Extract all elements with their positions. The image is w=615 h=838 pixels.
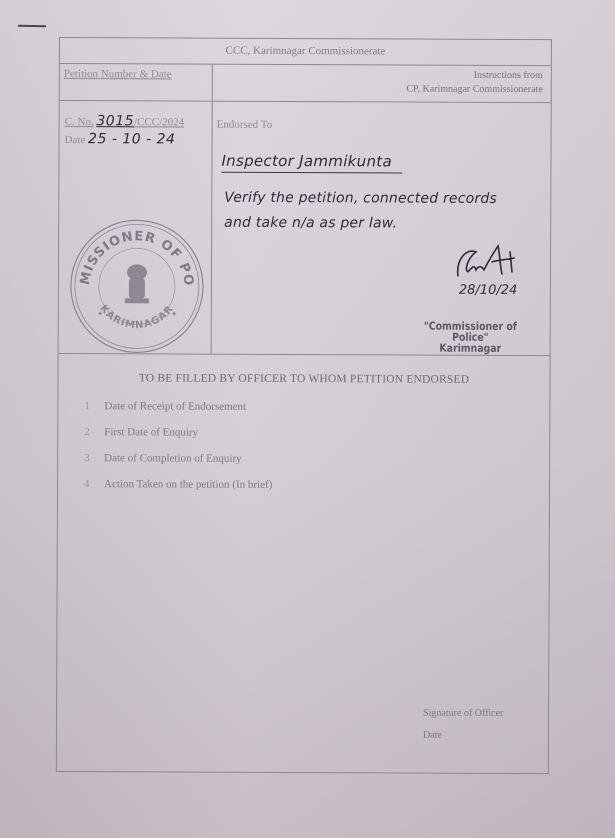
- column-divider: [211, 64, 213, 354]
- item-label: Date of Receipt of Endorsement: [104, 400, 246, 413]
- item-number: 2: [84, 426, 104, 438]
- form-title: CCC, Karimnagar Commissionerate: [60, 38, 551, 66]
- date-label: Date: [65, 134, 86, 146]
- petition-number-header: Petition Number & Date: [64, 68, 172, 80]
- signature-mark: [454, 242, 524, 282]
- instruction-line-1: Verify the petition, connected records: [224, 190, 497, 207]
- signature-date: 28/10/24: [459, 283, 517, 298]
- commissioner-stamp: "Commissioner of Police" Karimnagar: [412, 321, 529, 355]
- pen-mark: [18, 25, 46, 27]
- case-number-value: 3015: [96, 113, 134, 129]
- svg-text:✦: ✦: [171, 309, 178, 318]
- officer-signature-label: Signature of Officer: [423, 708, 503, 719]
- endorsed-to-value: Inspector Jammikunta: [221, 152, 402, 174]
- instruction-line-2: and take n/a as per law.: [224, 215, 397, 232]
- police-seal: COMMISSIONER OF POLICE KARIMNAGAR ✦ ✦: [67, 216, 208, 357]
- officer-item: 3Date of Completion of Enquiry: [84, 452, 272, 479]
- petition-endorsement-form: CCC, Karimnagar Commissionerate Petition…: [56, 37, 552, 774]
- commissioner-stamp-line1: "Commissioner of Police": [412, 321, 529, 344]
- item-number: 3: [84, 452, 104, 464]
- case-number-suffix: /CCC/2024: [134, 116, 184, 128]
- officer-item: 2First Date of Enquiry: [84, 426, 272, 453]
- commissioner-stamp-line2: Karimnagar: [412, 343, 529, 355]
- officer-item: 1Date of Receipt of Endorsement: [84, 400, 272, 427]
- item-label: Action Taken on the petition (In brief): [104, 478, 272, 491]
- instructions-header-line1: Instructions from: [406, 69, 542, 84]
- officer-item: 4Action Taken on the petition (In brief): [84, 478, 272, 505]
- date-value: 25 - 10 - 24: [88, 131, 175, 147]
- instructions-header-line2: CP, Karimnagar Commissionerate: [406, 83, 542, 98]
- instructions-header: Instructions from CP, Karimnagar Commiss…: [406, 69, 542, 98]
- petition-date: Date 25 - 10 - 24: [65, 131, 176, 147]
- endorsed-to-label: Endorsed To: [217, 119, 273, 131]
- officer-date-label: Date: [423, 730, 442, 741]
- item-number: 1: [84, 400, 104, 412]
- officer-section-heading: TO BE FILLED BY OFFICER TO WHOM PETITION…: [58, 372, 549, 386]
- item-number: 4: [84, 478, 104, 490]
- item-label: First Date of Enquiry: [104, 426, 198, 438]
- svg-text:✦: ✦: [97, 309, 104, 318]
- form-header-row: Petition Number & Date Instructions from…: [60, 63, 551, 103]
- case-number-label: C. No.: [65, 116, 94, 128]
- svg-text:KARIMNAGAR: KARIMNAGAR: [97, 303, 176, 331]
- item-label: Date of Completion of Enquiry: [104, 452, 242, 465]
- case-number: C. No. 3015/CCC/2024: [65, 113, 185, 130]
- officer-items-list: 1Date of Receipt of Endorsement 2First D…: [84, 400, 273, 505]
